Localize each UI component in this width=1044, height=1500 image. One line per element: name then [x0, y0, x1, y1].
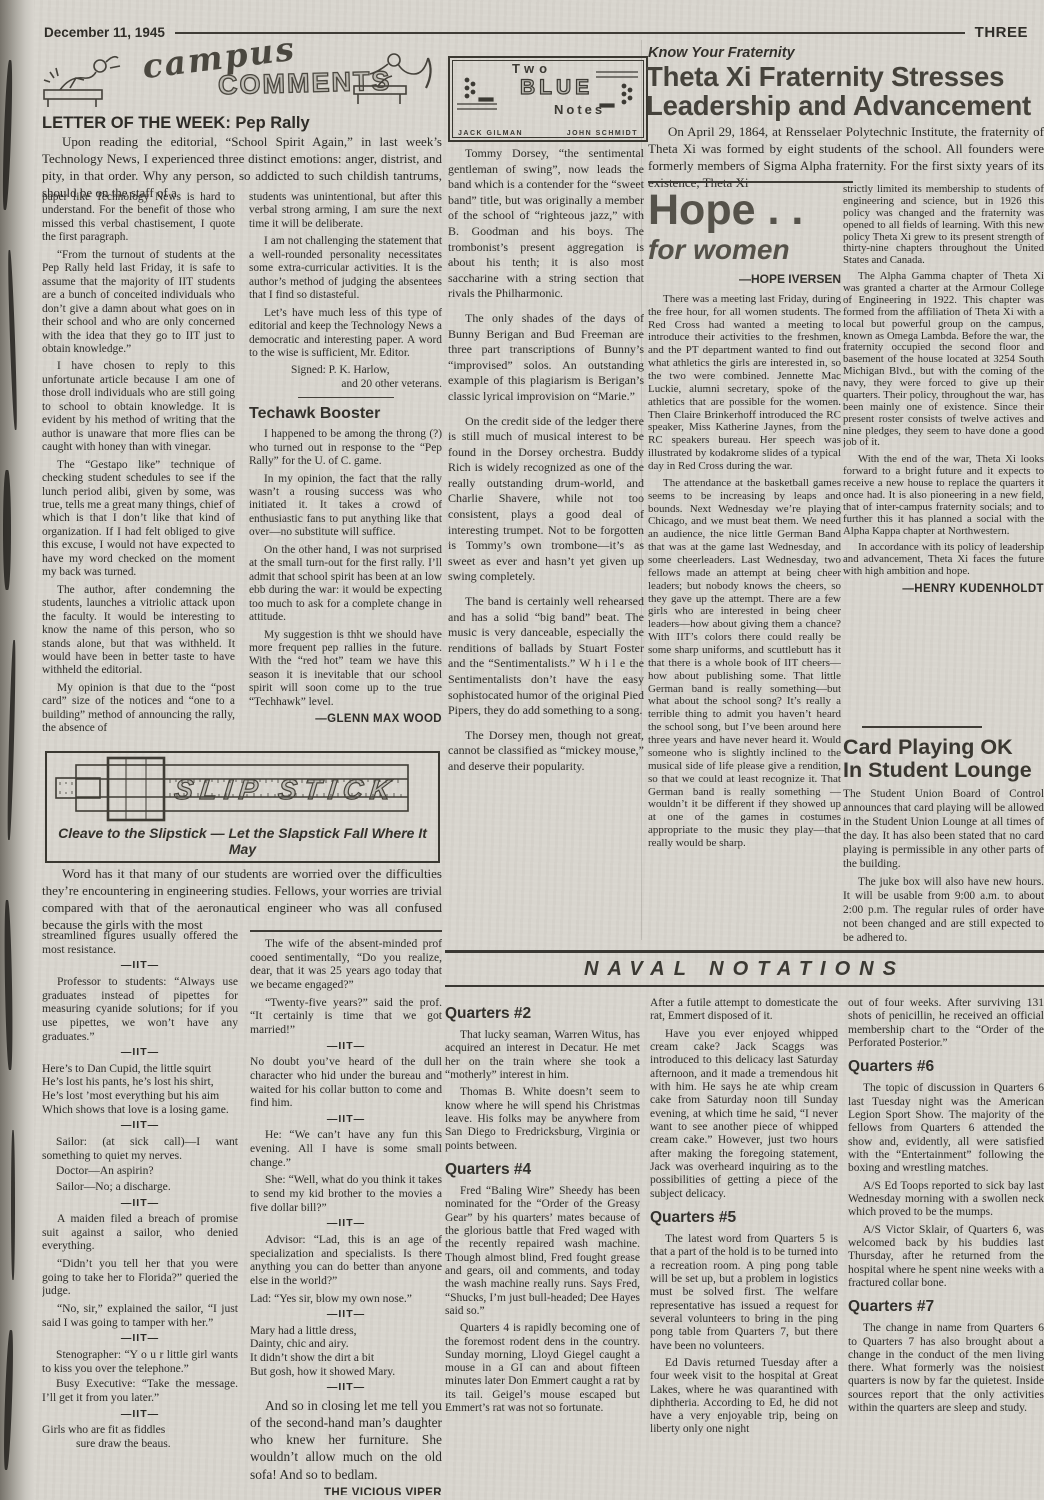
paragraph: Lad: “Yes sir, blow my own nose.”	[250, 1292, 442, 1306]
poem-line: Here’s to Dan Cupid, the little squirt	[42, 1062, 238, 1076]
jokes-right-flow: The wife of the absent-minded prof cooed…	[250, 937, 442, 1495]
poem-line: He’s lost his pants, he’s lost his shirt…	[42, 1075, 238, 1089]
paragraph: Quarters 4 is rapidly becoming one of th…	[445, 1322, 640, 1415]
paragraph: “Didn’t you tell her that you were going…	[42, 1257, 238, 1298]
paragraph: On the credit side of the ledger there i…	[448, 414, 644, 586]
paragraph: On the other hand, I was not surprised a…	[249, 544, 442, 625]
ink-streak	[11, 1130, 15, 1280]
blue-notes-word-blue: BLUE	[520, 76, 593, 100]
paragraph: There was a meeting last Friday, during …	[648, 293, 841, 473]
paragraph: Have you ever enjoyed whipped cream cake…	[650, 1028, 838, 1201]
ink-streak	[4, 900, 14, 1070]
ink-streak	[3, 1330, 15, 1470]
section-heading: Quarters #4	[445, 1161, 640, 1179]
letter-column-left: paper like Technology News is hard to un…	[42, 191, 235, 747]
author-jack-gilman: JACK GILMAN	[458, 130, 523, 137]
poem-line: Dainty, chic and airy.	[250, 1337, 442, 1351]
iit-divider: —IIT—	[42, 1333, 238, 1344]
paragraph: Thomas B. White doesn’t seem to know whe…	[445, 1086, 640, 1153]
paragraph: My suggestion is thht we should have mor…	[249, 629, 442, 710]
theta-xi-column-right: strictly limited its membership to stude…	[843, 184, 1044, 724]
paragraph: The “Gestapo like” technique of checking…	[42, 459, 235, 580]
hope-headline: Hope . .	[648, 190, 841, 231]
section-heading: Quarters #7	[848, 1298, 1044, 1316]
poem-line: sure draw the beaus.	[42, 1437, 238, 1451]
iit-divider: —IIT—	[42, 960, 238, 971]
paragraph: students was unintentional, but after th…	[249, 191, 442, 231]
paragraph: Let’s have much less of this type of edi…	[249, 307, 442, 361]
paragraph: A maiden filed a breach of promise suit …	[42, 1212, 238, 1253]
paragraph: paper like Technology News is hard to un…	[42, 191, 235, 245]
paragraph: The only shades of the days of Bunny Ber…	[448, 311, 644, 405]
card-playing-body: The Student Union Board of Control annou…	[843, 788, 1044, 945]
paragraph: Professor to students: “Always use gradu…	[42, 975, 238, 1043]
paragraph: In accordance with its policy of leaders…	[843, 542, 1044, 578]
divider-rule	[298, 397, 394, 398]
headline-line-2: Leadership and Advancement	[646, 91, 1044, 120]
page-header: December 11, 1945 THREE	[44, 24, 1028, 41]
cartoon-figure-left-icon	[40, 48, 140, 108]
paragraph: She: “Well, what do you think it takes t…	[250, 1173, 442, 1214]
issue-date: December 11, 1945	[44, 25, 165, 40]
paragraph: Advisor: “Lad, this is an age of special…	[250, 1233, 442, 1288]
paragraph: My opinion is that due to the “post card…	[42, 682, 235, 736]
iit-divider: —IIT—	[250, 1114, 442, 1125]
paragraph: I happened to be among the throng (?) wh…	[249, 428, 442, 468]
naval-notations-banner: NAVAL NOTATIONS	[445, 950, 1044, 987]
signature: Signed: P. K. Harlow,	[249, 364, 442, 377]
poem-line: He’s lost ’most everything but his aim	[42, 1089, 238, 1103]
hope-for-women-article: Hope . . for women —HOPE IVERSEN There w…	[648, 190, 841, 948]
headline-line-1: Theta Xi Fraternity Stresses	[646, 62, 1044, 91]
paragraph: Ed Davis returned Tuesday after a four w…	[650, 1357, 838, 1437]
dialog-line: Sailor: (at sick call)—I want something …	[42, 1135, 238, 1162]
iit-divider: —IIT—	[42, 1409, 238, 1420]
theta-xi-headline: Theta Xi Fraternity Stresses Leadership …	[646, 62, 1044, 120]
ink-streak	[3, 470, 11, 590]
paragraph: Tommy Dorsey, “the sentimental gentleman…	[448, 146, 644, 302]
iit-divider: —IIT—	[250, 1041, 442, 1052]
ink-streak	[1, 60, 13, 210]
paragraph: A/S Ed Toops reported to sick bay last W…	[848, 1180, 1044, 1220]
slip-stick-box: SLIP STICK Cleave to the Slipstick — Let…	[45, 751, 440, 863]
paragraph: After a futile attempt to domesticate th…	[650, 997, 838, 1024]
paragraph: In my opinion, the fact that the rally w…	[249, 473, 442, 540]
blue-notes-authors: JACK GILMAN JOHN SCHMIDT	[458, 130, 638, 137]
paragraph: The band is certainly well rehearsed and…	[448, 594, 644, 719]
paragraph: And so in closing let me tell you of the…	[250, 1397, 442, 1483]
card-playing-article: Card Playing OK In Student Lounge The St…	[843, 736, 1044, 948]
paragraph: I am not challenging the statement that …	[249, 235, 442, 302]
poem-line: But gosh, how it showed Mary.	[250, 1365, 442, 1379]
ink-streak	[7, 250, 18, 430]
ink-streak	[6, 640, 16, 840]
paragraph: The wife of the absent-minded prof cooed…	[250, 937, 442, 992]
paragraph: “From the turnout of students at the Pep…	[42, 249, 235, 357]
paragraph: strictly limited its membership to stude…	[843, 184, 1044, 267]
paragraph: Fred “Baling Wire” Sheedy has been nomin…	[445, 1185, 640, 1318]
naval-column-1: Quarters #2That lucky seaman, Warren Wit…	[445, 997, 640, 1497]
section-heading: Quarters #2	[445, 1005, 640, 1023]
paragraph: A/S Victor Sklair, of Quarters 6, was we…	[848, 1224, 1044, 1291]
column-rule	[250, 930, 442, 932]
jokes-columns: streamlined figures usually offered the …	[42, 929, 442, 1495]
section-heading: Quarters #6	[848, 1058, 1044, 1076]
torn-edge	[0, 0, 34, 1500]
music-staff-left-icon	[457, 68, 501, 114]
letter-columns: paper like Technology News is hard to un…	[42, 191, 442, 747]
hope-subheadline: for women	[648, 234, 841, 266]
paragraph: The attendance at the basketball games s…	[648, 477, 841, 850]
dialog-line: Sailor—No; a discharge.	[42, 1180, 238, 1194]
blue-notes-masthead: Two BLUE Notes JACK GILMAN JOHN SCHMIDT	[448, 56, 648, 142]
letter-column-right: students was unintentional, but after th…	[249, 191, 442, 747]
paragraph: With the end of the war, Theta Xi looks …	[843, 454, 1044, 537]
dialog-line: Doctor—An aspirin?	[42, 1164, 238, 1178]
iit-divider: —IIT—	[250, 1382, 442, 1393]
blue-notes-word-two: Two	[512, 61, 552, 76]
author-john-schmidt: JOHN SCHMIDT	[567, 130, 638, 137]
page-number: THREE	[975, 24, 1028, 41]
signature: THE VICIOUS VIPER	[250, 1487, 442, 1495]
paragraph: That lucky seaman, Warren Witus, has acq…	[445, 1029, 640, 1082]
paragraph: He: “We can’t have any fun this evening.…	[250, 1128, 442, 1169]
slide-rule-icon: SLIP STICK	[50, 756, 435, 824]
signature: and 20 other veterans.	[249, 378, 442, 391]
paragraph: out of four weeks. After surviving 131 s…	[848, 997, 1044, 1050]
section-rule	[648, 181, 853, 183]
know-your-fraternity-kicker: Know Your Fraternity	[648, 45, 795, 61]
paragraph: I have chosen to reply to this unfortuna…	[42, 360, 235, 454]
blue-notes-column: Tommy Dorsey, “the sentimental gentleman…	[448, 146, 644, 964]
jokes-column-right: The wife of the absent-minded prof cooed…	[250, 929, 442, 1495]
newspaper-page: December 11, 1945 THREE campus COMMENTS	[0, 0, 1044, 1500]
jokes-column-left: streamlined figures usually offered the …	[42, 929, 238, 1495]
poem-line: Which shows that love is a losing game.	[42, 1103, 238, 1117]
dialog-line: Stenographer: “Y o u r little girl wants…	[42, 1348, 238, 1375]
paragraph: “No, sir,” explained the sailor, “I just…	[42, 1302, 238, 1329]
paragraph: The Student Union Board of Control annou…	[843, 788, 1044, 871]
iit-divider: —IIT—	[250, 1309, 442, 1320]
paragraph: “Twenty-five years?” said the prof. “It …	[250, 996, 442, 1037]
section-heading: Quarters #5	[650, 1209, 838, 1227]
poem-line: Girls who are fit as fiddles	[42, 1423, 238, 1437]
paragraph: The Alpha Gamma chapter of Theta Xi was …	[843, 271, 1044, 449]
naval-notations-title: NAVAL NOTATIONS	[445, 953, 1044, 985]
slipstick-lead-paragraph: Word has it that many of our students ar…	[42, 866, 442, 934]
poem-line: Mary had a little dress,	[250, 1324, 442, 1338]
signature: —GLENN MAX WOOD	[249, 713, 442, 727]
card-playing-headline: Card Playing OK In Student Lounge	[843, 736, 1044, 782]
cartoon-figure-right-icon	[348, 46, 440, 108]
iit-divider: —IIT—	[42, 1120, 238, 1131]
naval-column-3: out of four weeks. After surviving 131 s…	[848, 997, 1044, 1497]
iit-divider: —IIT—	[42, 1047, 238, 1058]
naval-column-2: After a futile attempt to domesticate th…	[650, 997, 838, 1497]
slip-stick-title: SLIP STICK	[173, 774, 399, 805]
iit-divider: —IIT—	[42, 1198, 238, 1209]
signature: —HENRY KUDENHOLDT	[843, 583, 1044, 596]
hope-byline: —HOPE IVERSEN	[648, 272, 841, 286]
headline-line-2: In Student Lounge	[843, 759, 1044, 782]
section-heading: Techawk Booster	[249, 405, 442, 424]
letter-of-week-heading: LETTER OF THE WEEK: Pep Rally	[42, 114, 310, 133]
poem-line: It didn’t show the dirt a bit	[250, 1351, 442, 1365]
hope-body: There was a meeting last Friday, during …	[648, 293, 841, 850]
naval-notations-columns: Quarters #2That lucky seaman, Warren Wit…	[445, 997, 1044, 1497]
paragraph: The change in name from Quarters 6 to Qu…	[848, 1322, 1044, 1415]
paragraph: The Dorsey men, though not great, cannot…	[448, 728, 644, 775]
campus-comments-masthead: campus COMMENTS	[40, 44, 442, 112]
section-rule	[862, 726, 982, 728]
iit-divider: —IIT—	[250, 1218, 442, 1229]
paragraph: The latest word from Quarters 5 is that …	[650, 1233, 838, 1353]
headline-line-1: Card Playing OK	[843, 736, 1044, 759]
paragraph: No doubt you’ve heard of the dull charac…	[250, 1055, 442, 1110]
paragraph: The author, after condemning the student…	[42, 584, 235, 678]
paragraph: The topic of discussion in Quarters 6 la…	[848, 1082, 1044, 1175]
dialog-line: Busy Executive: “Take the message. I’ll …	[42, 1377, 238, 1404]
blue-notes-word-notes: Notes	[554, 102, 605, 117]
paragraph: The juke box will also have new hours. I…	[843, 876, 1044, 946]
slip-stick-caption: Cleave to the Slipstick — Let the Slapst…	[47, 825, 438, 857]
paragraph: streamlined figures usually offered the …	[42, 929, 238, 956]
